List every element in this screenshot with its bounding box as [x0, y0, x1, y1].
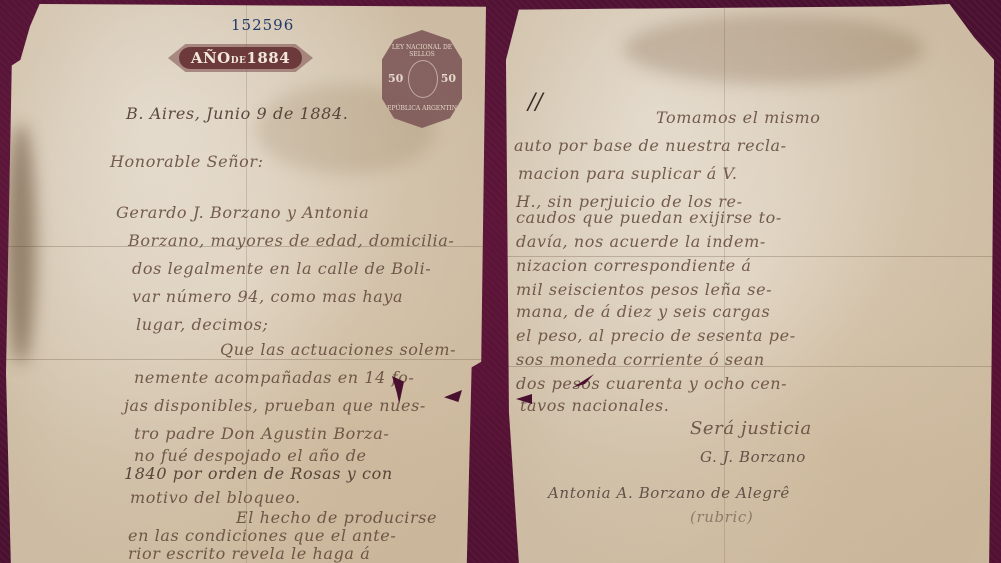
date-line: B. Aires, Junio 9 de 1884.	[126, 104, 348, 123]
text-line: auto por base de nuestra recla-	[514, 136, 787, 155]
signature: Antonia A. Borzano de Alegrê	[548, 484, 790, 502]
stamp-top-text: LEY NACIONAL DE SELLOS	[382, 44, 462, 58]
text-line: dos legalmente en la calle de Boli-	[132, 259, 431, 278]
closing-formula: Será justicia	[690, 418, 812, 439]
text-line: jas disponibles, prueban que nues-	[124, 396, 426, 415]
text-line: tro padre Don Agustin Borza-	[134, 424, 389, 443]
serial-number: 152596	[231, 16, 294, 34]
text-line: mil seiscientos pesos leña se-	[516, 280, 772, 299]
text-line: nemente acompañadas en 14 fo-	[134, 368, 414, 387]
text-line: El hecho de producirse	[236, 508, 437, 527]
stamp-value-right: 50	[441, 72, 456, 85]
stamp-bottom-text: REPÚBLICA ARGENTINA	[382, 105, 462, 112]
revenue-stamp: LEY NACIONAL DE SELLOS 50 50 REPÚBLICA A…	[382, 30, 462, 128]
text-line: en las condiciones que el ante-	[128, 526, 396, 545]
text-line: Gerardo J. Borzano y Antonia	[116, 203, 369, 222]
text-line: Borzano, mayores de edad, domicilia-	[128, 231, 454, 250]
text-line: 1840 por orden de Rosas y con	[124, 464, 393, 483]
text-line: tavos nacionales.	[520, 396, 669, 415]
text-line: macion para suplicar á V.	[518, 164, 738, 183]
rubric: (rubric)	[690, 508, 753, 526]
salutation: Honorable Señor:	[110, 152, 264, 171]
text-line: mana, de á diez y seis cargas	[516, 302, 770, 321]
text-line: motivo del bloqueo.	[130, 488, 301, 507]
text-line: dos pesos cuarenta y ocho cen-	[516, 374, 787, 393]
section-mark: //	[528, 90, 543, 115]
signature: G. J. Borzano	[700, 448, 806, 466]
text-line: no fué despojado el año de	[134, 446, 367, 465]
text-line: caudos que puedan exijirse to-	[516, 208, 782, 227]
year-label: AÑODE1884	[179, 47, 302, 69]
stamp-value-left: 50	[388, 72, 403, 85]
stain	[6, 124, 36, 364]
text-line: Que las actuaciones solem-	[220, 340, 456, 359]
text-line: lugar, decimos;	[136, 315, 268, 334]
year-banner: AÑODE1884	[168, 44, 313, 72]
text-line: davía, nos acuerde la indem-	[516, 232, 766, 251]
text-line: sos moneda corriente ó sean	[516, 350, 765, 369]
text-line: nizacion correspondiente á	[516, 256, 752, 275]
coat-of-arms-icon	[408, 60, 438, 98]
text-line: el peso, al precio de sesenta pe-	[516, 326, 796, 345]
text-line: rior escrito revela le haga á	[128, 544, 370, 563]
text-line: var número 94, como mas haya	[132, 287, 403, 306]
stain	[624, 14, 924, 84]
text-line: Tomamos el mismo	[656, 108, 820, 127]
